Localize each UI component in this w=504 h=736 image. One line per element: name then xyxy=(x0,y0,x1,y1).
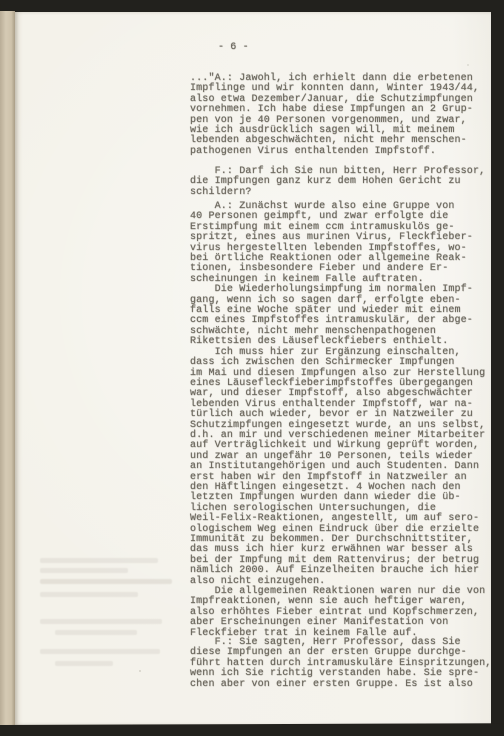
paragraph-question-1: F.: Darf ich Sie nun bitten, Herr Profes… xyxy=(190,167,485,198)
ghost-text-line xyxy=(40,619,162,624)
scan-speck xyxy=(467,64,469,66)
ghost-text-line xyxy=(40,568,128,573)
ghost-text-line xyxy=(40,649,160,654)
paragraph-answer-intro: ..."A.: Jawohl, ich erhielt dann die erb… xyxy=(190,74,479,157)
scan-frame-bottom xyxy=(0,723,504,736)
ghost-text-line xyxy=(40,592,138,597)
ghost-text-line xyxy=(55,661,113,666)
scanned-document-page: { "colors": { "frame": "#22211d", "page"… xyxy=(0,0,504,736)
ghost-text-line xyxy=(55,630,137,635)
ghost-text-line xyxy=(40,558,158,563)
scan-speck xyxy=(139,670,141,672)
book-binding-edge xyxy=(0,11,15,727)
scan-speck xyxy=(214,233,216,235)
ghost-text-line xyxy=(40,579,172,584)
document-page: - 6 - ..."A.: Jawohl, ich erhielt dann d… xyxy=(15,12,491,725)
paragraph-answer-main: A.: Zunächst wurde also eine Gruppe von … xyxy=(190,202,485,639)
page-number: - 6 - xyxy=(218,43,249,53)
scan-frame-right xyxy=(491,0,504,736)
paragraph-question-2: F.: Sie sagten, Herr Professor, dass Sie… xyxy=(190,638,491,690)
